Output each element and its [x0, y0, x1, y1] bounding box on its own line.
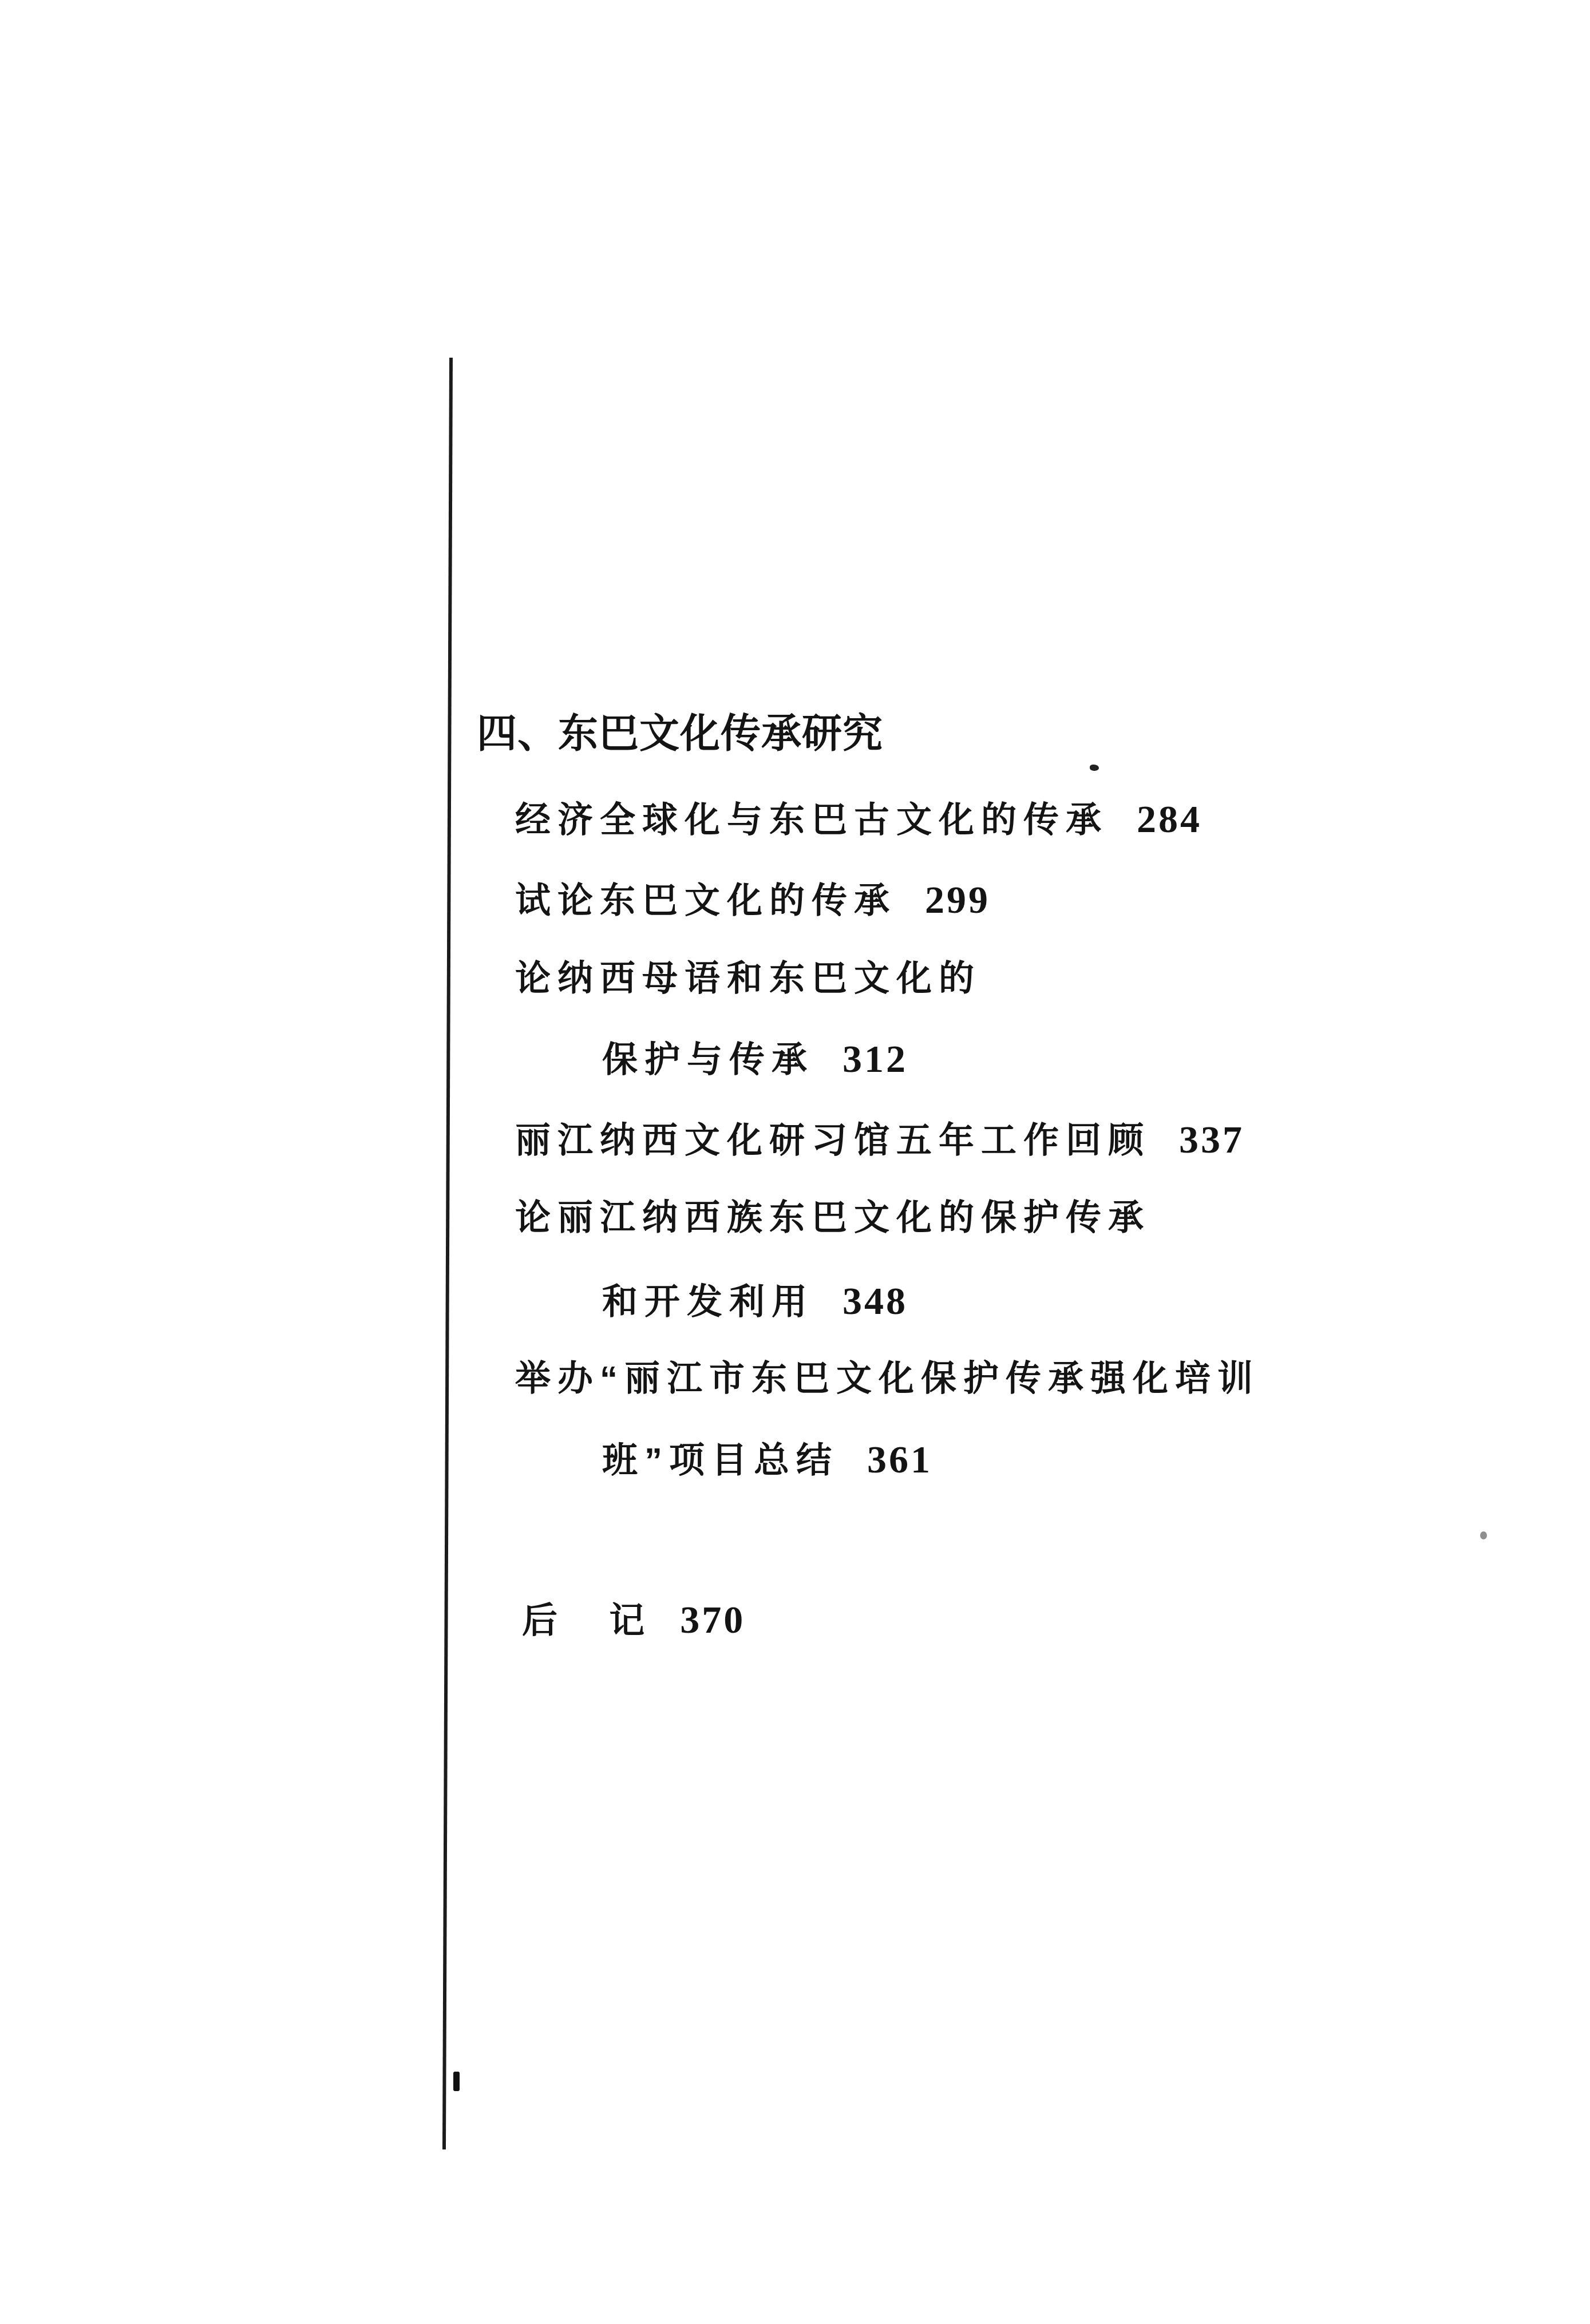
toc-entry-5-line-2: 和开发利用348	[602, 1281, 908, 1320]
entry-page-number: 299	[925, 878, 990, 921]
entry-title-continuation-text: 和开发利用	[602, 1282, 814, 1322]
toc-entry-3-line-2: 保护与传承312	[602, 1039, 908, 1078]
toc-entry-1: 经济全球化与东巴古文化的传承284	[515, 799, 1202, 838]
toc-entry-3-line-1: 论纳西母语和东巴文化的	[515, 961, 981, 997]
entry-title-text: 论丽江纳西族东巴文化的保护传承	[515, 1198, 1150, 1238]
backmatter-label-text: 后 记	[522, 1601, 651, 1641]
entry-title-text: 经济全球化与东巴古文化的传承	[515, 801, 1108, 840]
section-heading: 四、东巴文化传承研究	[477, 714, 883, 754]
entry-page-number: 337	[1179, 1118, 1244, 1161]
entry-title-continuation-text: 班”项目总结	[602, 1441, 838, 1480]
entry-title-text: 举办“丽江市东巴文化保护传承强化培训	[515, 1359, 1260, 1399]
entry-page-number: 348	[843, 1279, 908, 1323]
entry-title-text: 丽江纳西文化研习馆五年工作回顾	[515, 1121, 1150, 1161]
toc-entry-6-line-2: 班”项目总结361	[602, 1440, 932, 1479]
toc-entry-5-line-1: 论丽江纳西族东巴文化的保护传承	[515, 1201, 1150, 1236]
entry-title-text: 论纳西母语和东巴文化的	[515, 959, 981, 999]
section-heading-text: 四、东巴文化传承研究	[477, 711, 883, 756]
scan-speck-right-margin	[1480, 1531, 1487, 1539]
entry-title-continuation-text: 保护与传承	[602, 1040, 814, 1080]
entry-page-number: 361	[867, 1438, 932, 1481]
toc-entry-6-line-1: 举办“丽江市东巴文化保护传承强化培训	[515, 1361, 1260, 1397]
entry-page-number: 284	[1137, 797, 1202, 841]
entry-page-number: 312	[843, 1037, 908, 1080]
toc-entry-4: 丽江纳西文化研习馆五年工作回顾337	[515, 1120, 1244, 1159]
scan-speck-on-rule	[453, 2072, 460, 2091]
backmatter-entry: 后 记370	[522, 1600, 745, 1639]
entry-page-number: 370	[680, 1598, 745, 1641]
entry-title-text: 试论东巴文化的传承	[515, 881, 896, 921]
page-margin-rule	[442, 358, 453, 2149]
scan-speck-near-heading	[1090, 765, 1099, 771]
toc-entry-2: 试论东巴文化的传承299	[515, 880, 990, 919]
